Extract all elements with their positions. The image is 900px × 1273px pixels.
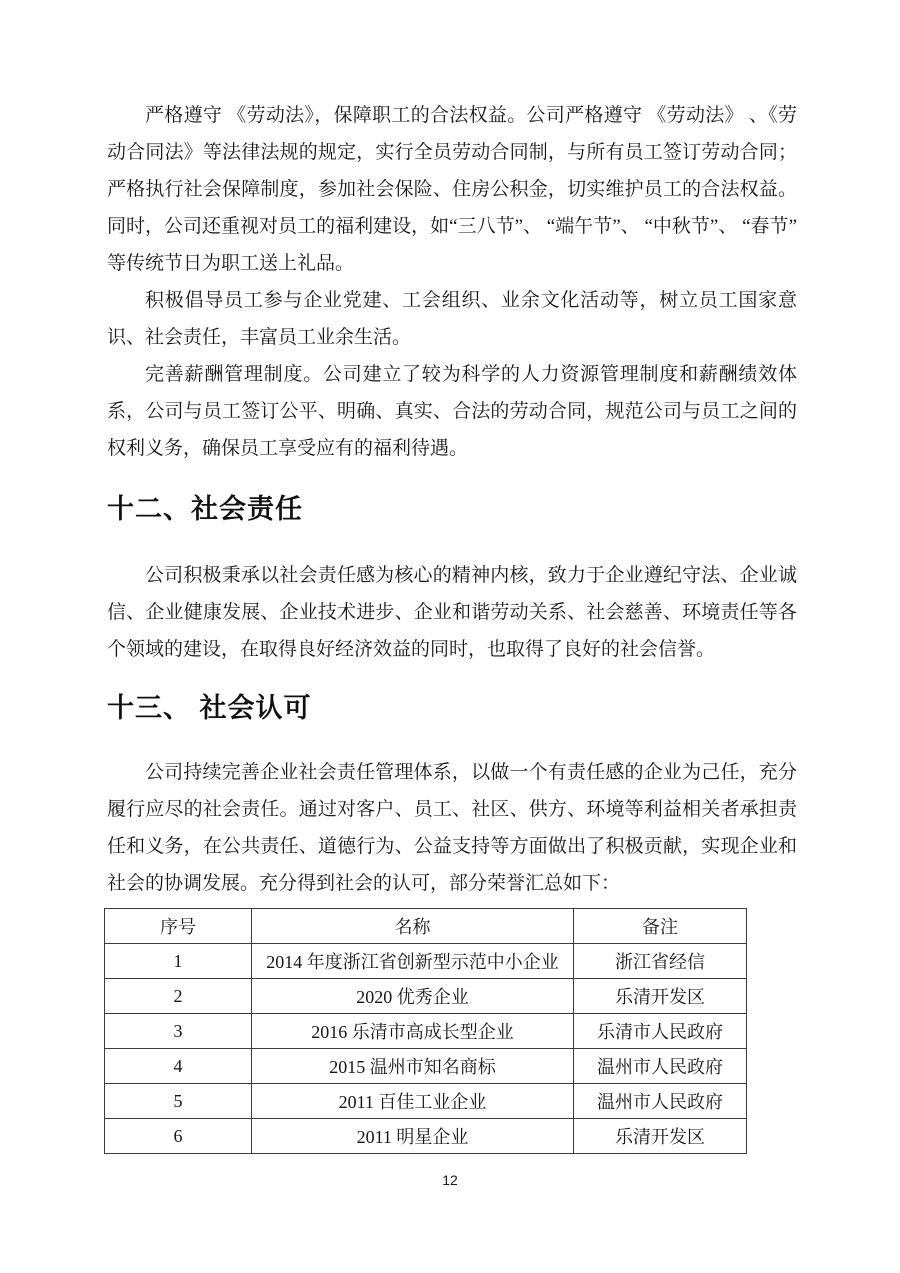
heading-social-responsibility: 十二、社会责任	[107, 493, 797, 525]
honor-remark: 温州市人民政府	[574, 1084, 747, 1119]
honor-name: 2014 年度浙江省创新型示范中小企业	[252, 944, 574, 979]
honors-col-header-index: 序号	[105, 909, 252, 944]
table-row: 3 2016 乐清市高成长型企业 乐清市人民政府	[105, 1014, 747, 1049]
honors-table: 序号 名称 备注 1 2014 年度浙江省创新型示范中小企业 浙江省经信 2 2…	[104, 908, 747, 1154]
honor-name: 2016 乐清市高成长型企业	[252, 1014, 574, 1049]
table-row: 1 2014 年度浙江省创新型示范中小企业 浙江省经信	[105, 944, 747, 979]
honor-index: 6	[105, 1119, 252, 1154]
honor-index: 3	[105, 1014, 252, 1049]
honors-col-header-remark: 备注	[574, 909, 747, 944]
honor-name: 2011 明星企业	[252, 1119, 574, 1154]
page-number: 12	[0, 1172, 900, 1188]
table-row: 6 2011 明星企业 乐清开发区	[105, 1119, 747, 1154]
paragraph-social-recognition: 公司持续完善企业社会责任管理体系，以做一个有责任感的企业为己任，充分履行应尽的社…	[107, 754, 797, 902]
honor-name: 2020 优秀企业	[252, 979, 574, 1014]
honor-remark: 乐清开发区	[574, 1119, 747, 1154]
honor-remark: 温州市人民政府	[574, 1049, 747, 1084]
honor-index: 1	[105, 944, 252, 979]
document-content: 严格遵守 《劳动法》，保障职工的合法权益。公司严格遵守 《劳动法》 、《劳动合同…	[107, 97, 797, 1154]
honor-name: 2011 百佳工业企业	[252, 1084, 574, 1119]
table-row: 4 2015 温州市知名商标 温州市人民政府	[105, 1049, 747, 1084]
honor-index: 2	[105, 979, 252, 1014]
honor-remark: 乐清开发区	[574, 979, 747, 1014]
honor-index: 4	[105, 1049, 252, 1084]
honor-name: 2015 温州市知名商标	[252, 1049, 574, 1084]
heading-social-recognition: 十三、 社会认可	[107, 692, 797, 724]
paragraph-salary-system: 完善薪酬管理制度。公司建立了较为科学的人力资源管理制度和薪酬绩效体系，公司与员工…	[107, 356, 797, 467]
document-page: 严格遵守 《劳动法》，保障职工的合法权益。公司严格遵守 《劳动法》 、《劳动合同…	[0, 0, 900, 1273]
honor-remark: 乐清市人民政府	[574, 1014, 747, 1049]
paragraph-social-responsibility: 公司积极秉承以社会责任感为核心的精神内核，致力于企业遵纪守法、企业诚信、企业健康…	[107, 557, 797, 668]
table-row: 5 2011 百佳工业企业 温州市人民政府	[105, 1084, 747, 1119]
honor-remark: 浙江省经信	[574, 944, 747, 979]
honor-index: 5	[105, 1084, 252, 1119]
paragraph-party-building: 积极倡导员工参与企业党建、工会组织、业余文化活动等，树立员工国家意识、社会责任，…	[107, 282, 797, 356]
paragraph-labor-law: 严格遵守 《劳动法》，保障职工的合法权益。公司严格遵守 《劳动法》 、《劳动合同…	[107, 97, 797, 282]
table-row: 2 2020 优秀企业 乐清开发区	[105, 979, 747, 1014]
honors-col-header-name: 名称	[252, 909, 574, 944]
honors-table-header-row: 序号 名称 备注	[105, 909, 747, 944]
